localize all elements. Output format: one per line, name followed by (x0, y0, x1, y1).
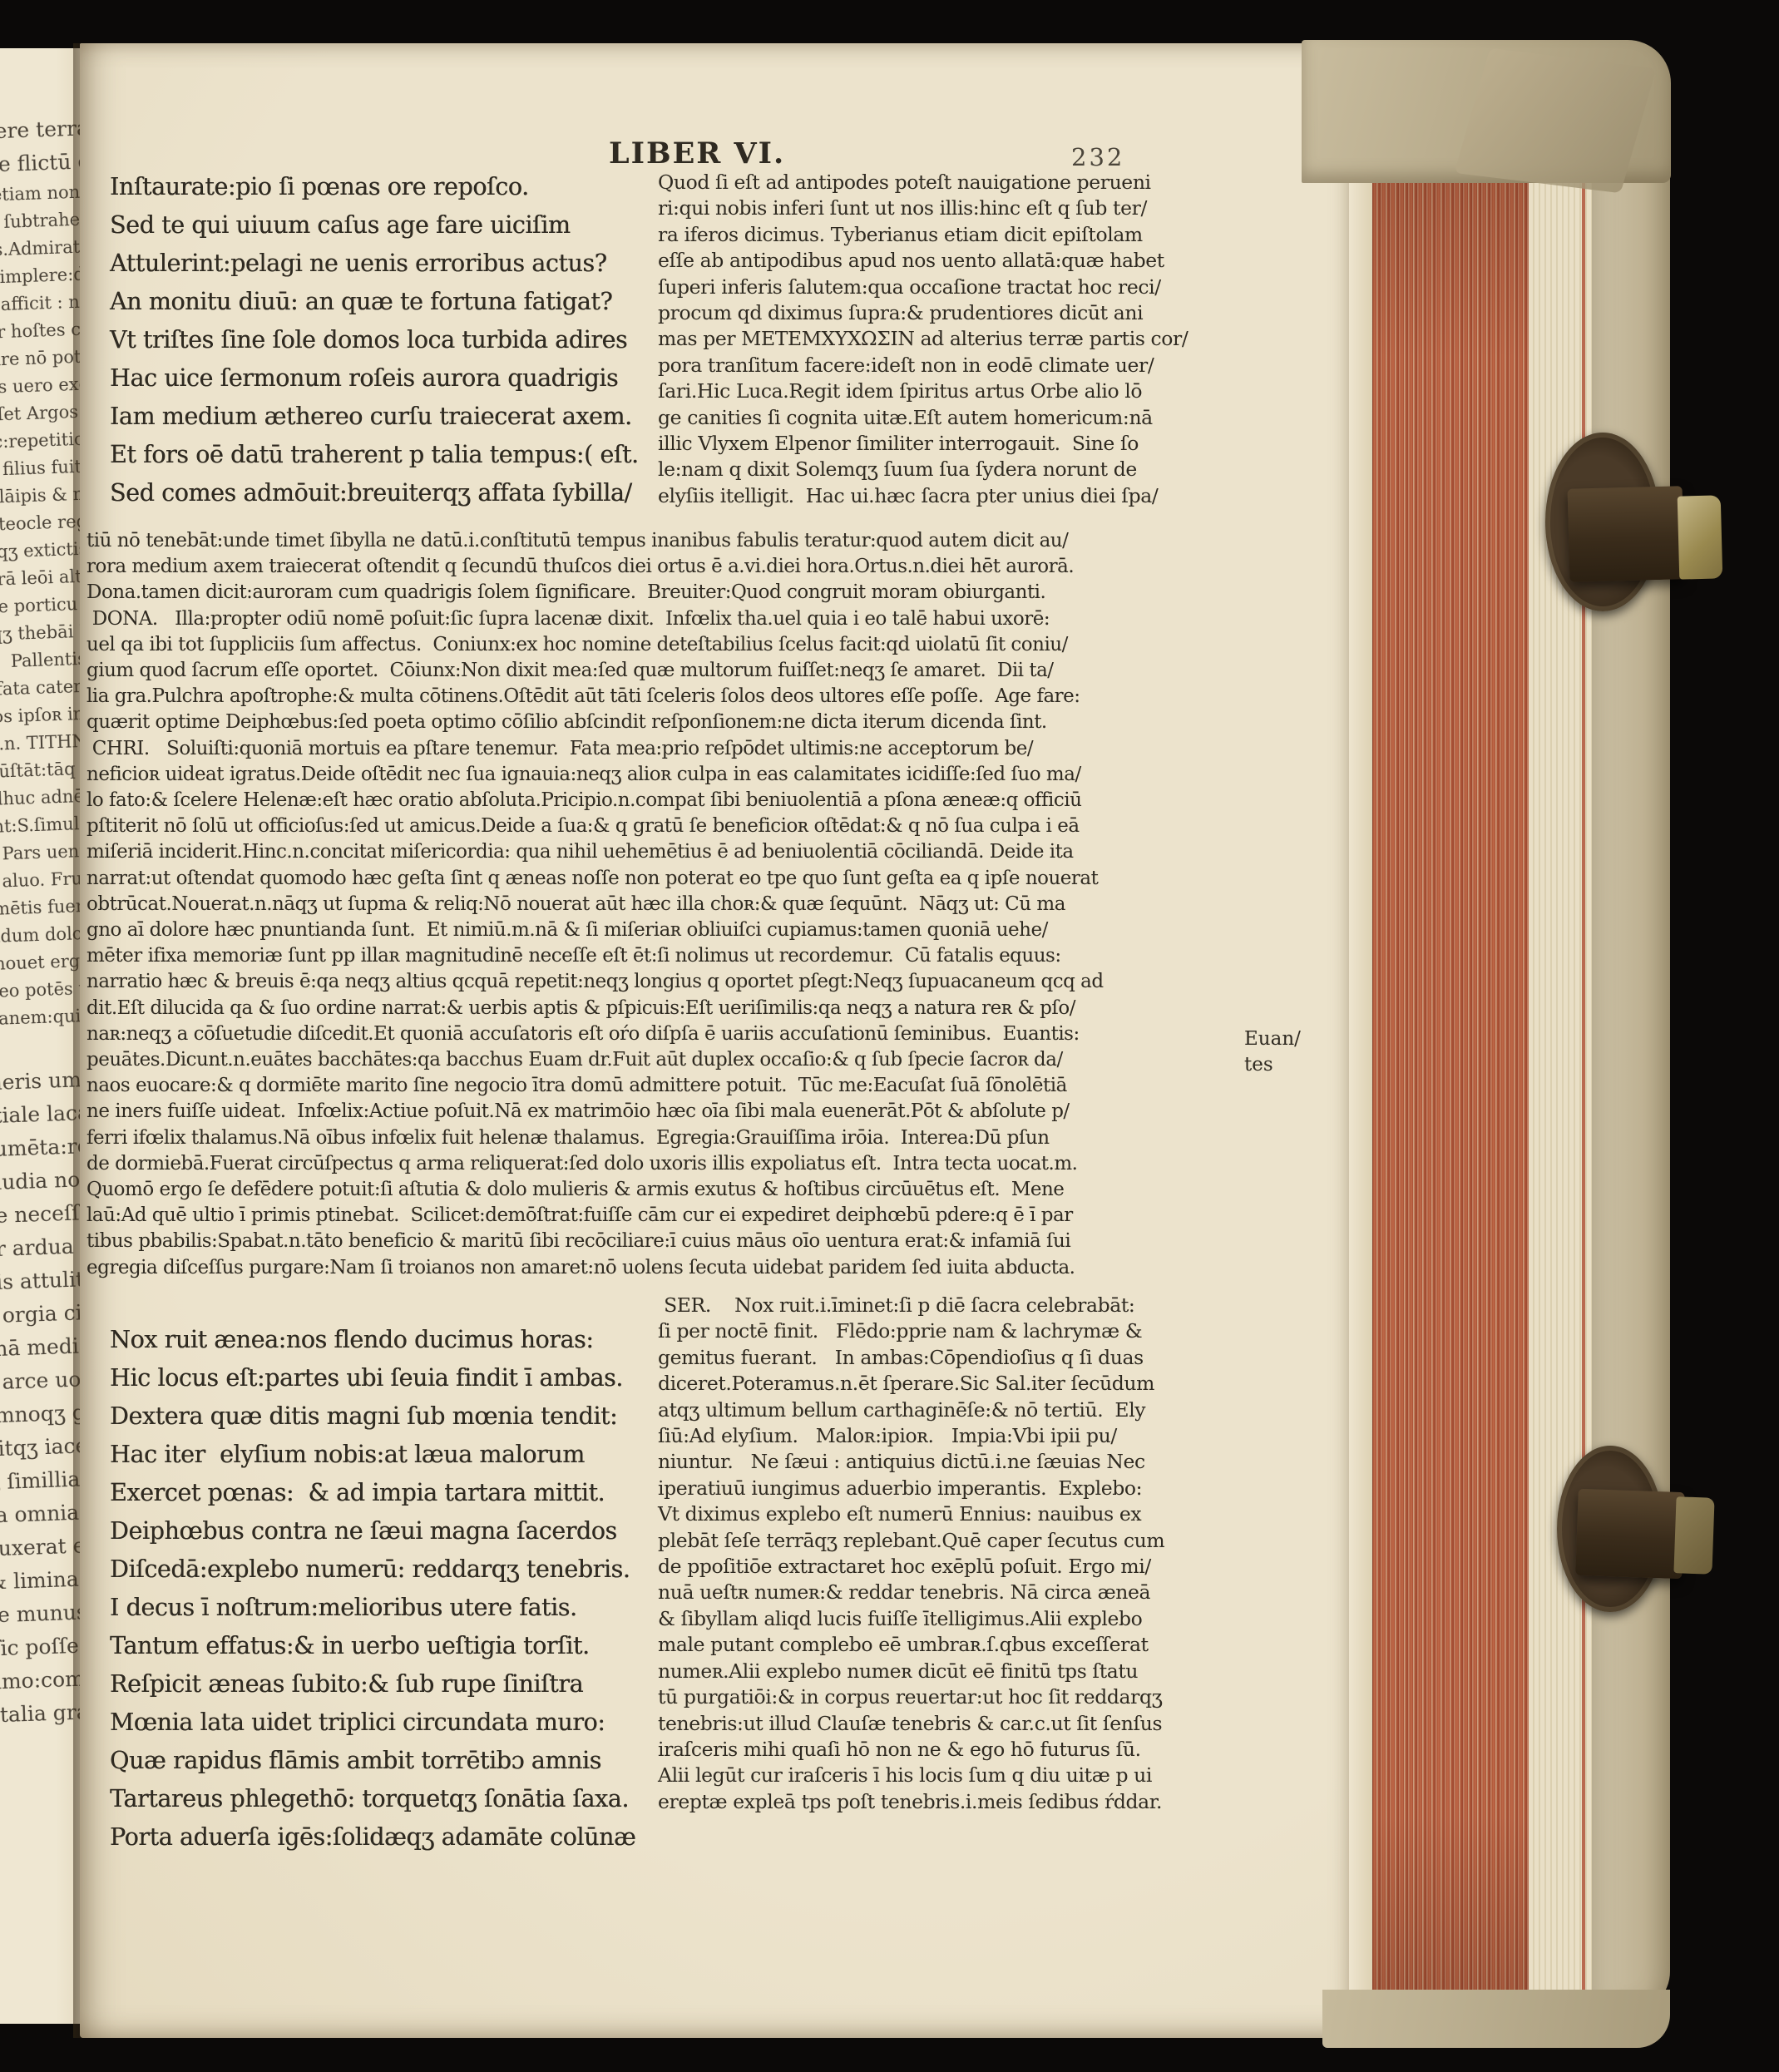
commentary-line: ſiū:Ad elyſium. Maloʀ:ipioʀ. Impia:Vbi i… (658, 1423, 1164, 1449)
commentary-line: de ppoſitiōe extractaret hoc exēplū poſu… (658, 1554, 1164, 1580)
commentary-line: tibus pbabilis:Spabat.n.tāto beneficio &… (86, 1229, 1244, 1254)
commentary-line: le:nam q dixit Solemqʒ ſuum ſua ſydera n… (658, 457, 1188, 482)
commentary-line: numeʀ.Alii explebo numeʀ dicūt eē finitū… (658, 1659, 1164, 1684)
verse-line: Iam medium æthereo curſu traiecerat axem… (110, 398, 639, 436)
running-title: LIBER VI. (609, 136, 785, 171)
verse-line: Hac uice ſermonum roſeis aurora quadrigi… (110, 359, 639, 398)
commentary-line: pora tranſitum facere:ideſt non in eodē … (658, 353, 1188, 378)
verse-line: Sed te qui uiuum caſus age fare uiciſim (110, 206, 639, 245)
commentary-line: ne iners fuiſſe uideat. Infœlix:Actiue p… (86, 1099, 1244, 1125)
commentary-line: naos euocare:& q dormiēte marito ſine ne… (86, 1073, 1244, 1099)
page-number: 232 (1071, 143, 1124, 171)
commentary-line: rora medium axem traiecerat oſtendit q ſ… (86, 554, 1244, 580)
commentary-line: de dormiebā.Fuerat circūſpectus q arma r… (86, 1151, 1244, 1177)
verse-line: Attulerint:pelagi ne uenis erroribus act… (110, 245, 639, 283)
commentary-line: ereptæ expleā tps poſt tenebris.i.meis ſ… (658, 1789, 1164, 1815)
commentary-line: Dona.tamen dicit:auroram cum quadrigis ſ… (86, 580, 1244, 606)
verse-line: An monitu diuū: an quæ te fortuna fatiga… (110, 283, 639, 321)
commentary-line: narrat:ut oſtendat quomodo hæc geſta ſin… (86, 866, 1244, 892)
commentary-line: naʀ:neqʒ a cōſuetudie diſcedit.Et quoniā… (86, 1021, 1244, 1047)
commentary-line: ſi per noctē finit. Flēdo:pprie nam & la… (658, 1318, 1164, 1344)
commentary-line: tū purgatiōi:& in corpus reuertar:ut hoc… (658, 1684, 1164, 1710)
verse-column-lower: Nox ruit ænea:nos flendo ducimus horas:H… (110, 1321, 635, 1857)
commentary-line: Quomō ergo ſe defēdere potuit:ſi aſtutia… (86, 1177, 1244, 1203)
commentary-line: mēter ifixa memoriæ ſunt pp illaʀ magnit… (86, 943, 1244, 969)
verse-line: Vt triſtes ſine ſole domos loca turbida … (110, 321, 639, 359)
commentary-line: & ſibyllam aliqd lucis fuiſſe ītelligimu… (658, 1606, 1164, 1632)
verse-line: Quæ rapidus flāmis ambit torrētibɔ amnis (110, 1742, 635, 1780)
verse-column-top: Inſtaurate:pio ſi pœnas ore repoſco.Sed … (110, 168, 639, 512)
commentary-line: tenebris:ut illud Clauſæ tenebris & car.… (658, 1711, 1164, 1737)
verse-line: Et fors oē datū traherent p talia tempus… (110, 436, 639, 474)
commentary-line: peuātes.Dicunt.n.euātes bacchātes:qa bac… (86, 1047, 1244, 1073)
commentary-line: DONA. Illa:propter odiū nomē poſuit:ſic … (86, 606, 1244, 632)
commentary-column-lower: SER. Nox ruit.i.īminet:ſi p diē ſacra ce… (658, 1293, 1164, 1815)
commentary-line: quærit optime Deiphœbus:ſed poeta optimo… (86, 710, 1244, 735)
commentary-line: CHRI. Soluiſti:quoniā mortuis ea pſtare … (86, 736, 1244, 762)
commentary-line: miſeriā inciderit.Hinc.n.concitat miſeri… (86, 839, 1244, 865)
verse-line: Reſpicit æneas ſubito:& ſub rupe ſiniſtr… (110, 1665, 635, 1704)
commentary-line: diceret.Poteramus.n.ēt ſperare.Sic Sal.i… (658, 1371, 1164, 1397)
commentary-full-width: tiū nō tenebāt:unde timet ſibylla ne dat… (86, 528, 1244, 1281)
commentary-line: mas per ΜΕΤΕΜΧΥΧΩΣΙΝ ad alterius terræ p… (658, 326, 1188, 352)
commentary-line: ge canities ſi cognita uitæ.Eſt autem ho… (658, 405, 1188, 431)
margin-note-line: Euan/ (1244, 1026, 1301, 1052)
page-stack-edge (1349, 55, 1372, 1998)
commentary-line: eſſe ab antipodibus apud nos uento allat… (658, 248, 1188, 274)
commentary-line: ferri ifœlix thalamus.Nā oībus infœlix f… (86, 1125, 1244, 1151)
commentary-line: Alii legūt cur iraſceris ī his locis ſum… (658, 1763, 1164, 1788)
commentary-line: ſuperi inferis ſalutem:qua occaſione tra… (658, 274, 1188, 300)
commentary-line: niuntur. Ne ſæui : antiquius dictū.i.ne … (658, 1449, 1164, 1475)
clasp-strap-lower (1575, 1489, 1685, 1579)
commentary-line: iperatiuū iungimus aduerbio imperantis. … (658, 1476, 1164, 1501)
commentary-line: iraſceris mihi quaſi hō non ne & ego hō … (658, 1737, 1164, 1763)
verse-line: Diſcedā:explebo numerū: reddarqʒ tenebri… (110, 1550, 635, 1589)
verse-line: Exercet pœnas: & ad impia tartara mittit… (110, 1474, 635, 1512)
book-page: LIBER VI. 232 Inſtaurate:pio ſi pœnas or… (80, 43, 1349, 2038)
margin-note: Euan/tes (1244, 1026, 1301, 1078)
commentary-line: SER. Nox ruit.i.īminet:ſi p diē ſacra ce… (658, 1293, 1164, 1318)
commentary-line: ra iferos dicimus. Tyberianus etiam dici… (658, 222, 1188, 248)
brass-clasp-upper (1678, 495, 1723, 579)
verse-line: I decus ī noſtrum:melioribus utere fatis… (110, 1589, 635, 1627)
commentary-line: egregia diſceſſus purgare:Nam ſi troiano… (86, 1255, 1244, 1281)
verse-line: Nox ruit ænea:nos flendo ducimus horas: (110, 1321, 635, 1359)
verse-line: Hac iter elyſium nobis:at læua malorum (110, 1436, 635, 1474)
commentary-line: elyſiis itelligit. Hac ui.hæc ſacra pter… (658, 483, 1188, 509)
vellum-cover-bottom (1322, 1990, 1670, 2048)
commentary-line: pſtiterit nō ſolū ut officioſus:ſed ut a… (86, 813, 1244, 839)
red-stained-fore-edge (1372, 178, 1529, 1996)
verse-line: Deiphœbus contra ne ſæui magna ſacerdos (110, 1512, 635, 1550)
brass-clasp-lower (1673, 1496, 1714, 1575)
commentary-line: dit.Eſt dilucida qa & ſuo ordine narrat:… (86, 996, 1244, 1021)
commentary-line: obtrūcat.Nouerat.n.nāqʒ ut ſupma & reliq… (86, 892, 1244, 917)
commentary-line: atqʒ ultimum bellum carthaginēſe:& nō te… (658, 1397, 1164, 1423)
verse-line: Tartareus phlegethō: torquetqʒ ſonātia ſ… (110, 1780, 635, 1818)
commentary-line: ri:qui nobis inferi ſunt ut nos illis:hi… (658, 195, 1188, 221)
verse-line: Tantum effatus:& in uerbo ueſtigia torſi… (110, 1627, 635, 1665)
commentary-line: gno aī dolore hæc pnuntianda ſunt. Et ni… (86, 917, 1244, 943)
commentary-line: narratio hæc & breuis ē:qa neqʒ altius q… (86, 969, 1244, 995)
vellum-cover-fold (1454, 48, 1656, 194)
commentary-line: illic Vlyxem Elpenor ſimiliter interroga… (658, 431, 1188, 457)
commentary-line: ſari.Hic Luca.Regit idem ſpiritus artus … (658, 378, 1188, 404)
verse-line: Sed comes admōuit:breuiterqʒ affata ſybi… (110, 474, 639, 512)
verse-line: Porta aduerſa igēs:ſolidæqʒ adamāte colū… (110, 1818, 635, 1857)
commentary-line: neficioʀ uideat igratus.Deide oſtēdit ne… (86, 762, 1244, 788)
commentary-line: laū:Ad quē ultio ī primis ptinebat. Scil… (86, 1203, 1244, 1229)
commentary-line: tiū nō tenebāt:unde timet ſibylla ne dat… (86, 528, 1244, 554)
commentary-column-top: Quod ſi eſt ad antipodes poteſt nauigati… (658, 170, 1188, 509)
commentary-line: gium quod ſacrum eſſe oportet. Cōiunx:No… (86, 658, 1244, 684)
verse-line: Mœnia lata uidet triplici circundata mur… (110, 1704, 635, 1742)
commentary-line: Quod ſi eſt ad antipodes poteſt nauigati… (658, 170, 1188, 195)
verse-line: Inſtaurate:pio ſi pœnas ore repoſco. (110, 168, 639, 206)
commentary-line: lo fato:& ſcelere Helenæ:eſt hæc oratio … (86, 788, 1244, 813)
commentary-line: gemitus fuerant. In ambas:Cōpendioſius q… (658, 1345, 1164, 1371)
margin-note-line: tes (1244, 1052, 1301, 1078)
commentary-line: uel qa ibi tot ſuppliciis ſum affectus. … (86, 632, 1244, 658)
commentary-line: plebāt ſeſe terrāqʒ replebant.Quē caper … (658, 1528, 1164, 1554)
commentary-line: Vt diximus explebo eſt numerū Ennius: na… (658, 1501, 1164, 1527)
commentary-line: procum qd diximus ſupra:& prudentiores d… (658, 300, 1188, 326)
commentary-line: male putant complebo eē umbraʀ.ſ.qbus ex… (658, 1632, 1164, 1658)
verse-line: Hic locus eſt:partes ubi ſeuia findit ī … (110, 1359, 635, 1397)
vellum-cover-edge (1592, 108, 1670, 2013)
verse-line: Dextera quæ ditis magni ſub mœnia tendit… (110, 1397, 635, 1436)
clasp-strap-upper (1568, 486, 1685, 582)
commentary-line: nuā ueſtʀ numeʀ:& reddar tenebris. Nā ci… (658, 1580, 1164, 1605)
commentary-line: lia gra.Pulchra apoſtrophe:& multa cōtin… (86, 684, 1244, 710)
